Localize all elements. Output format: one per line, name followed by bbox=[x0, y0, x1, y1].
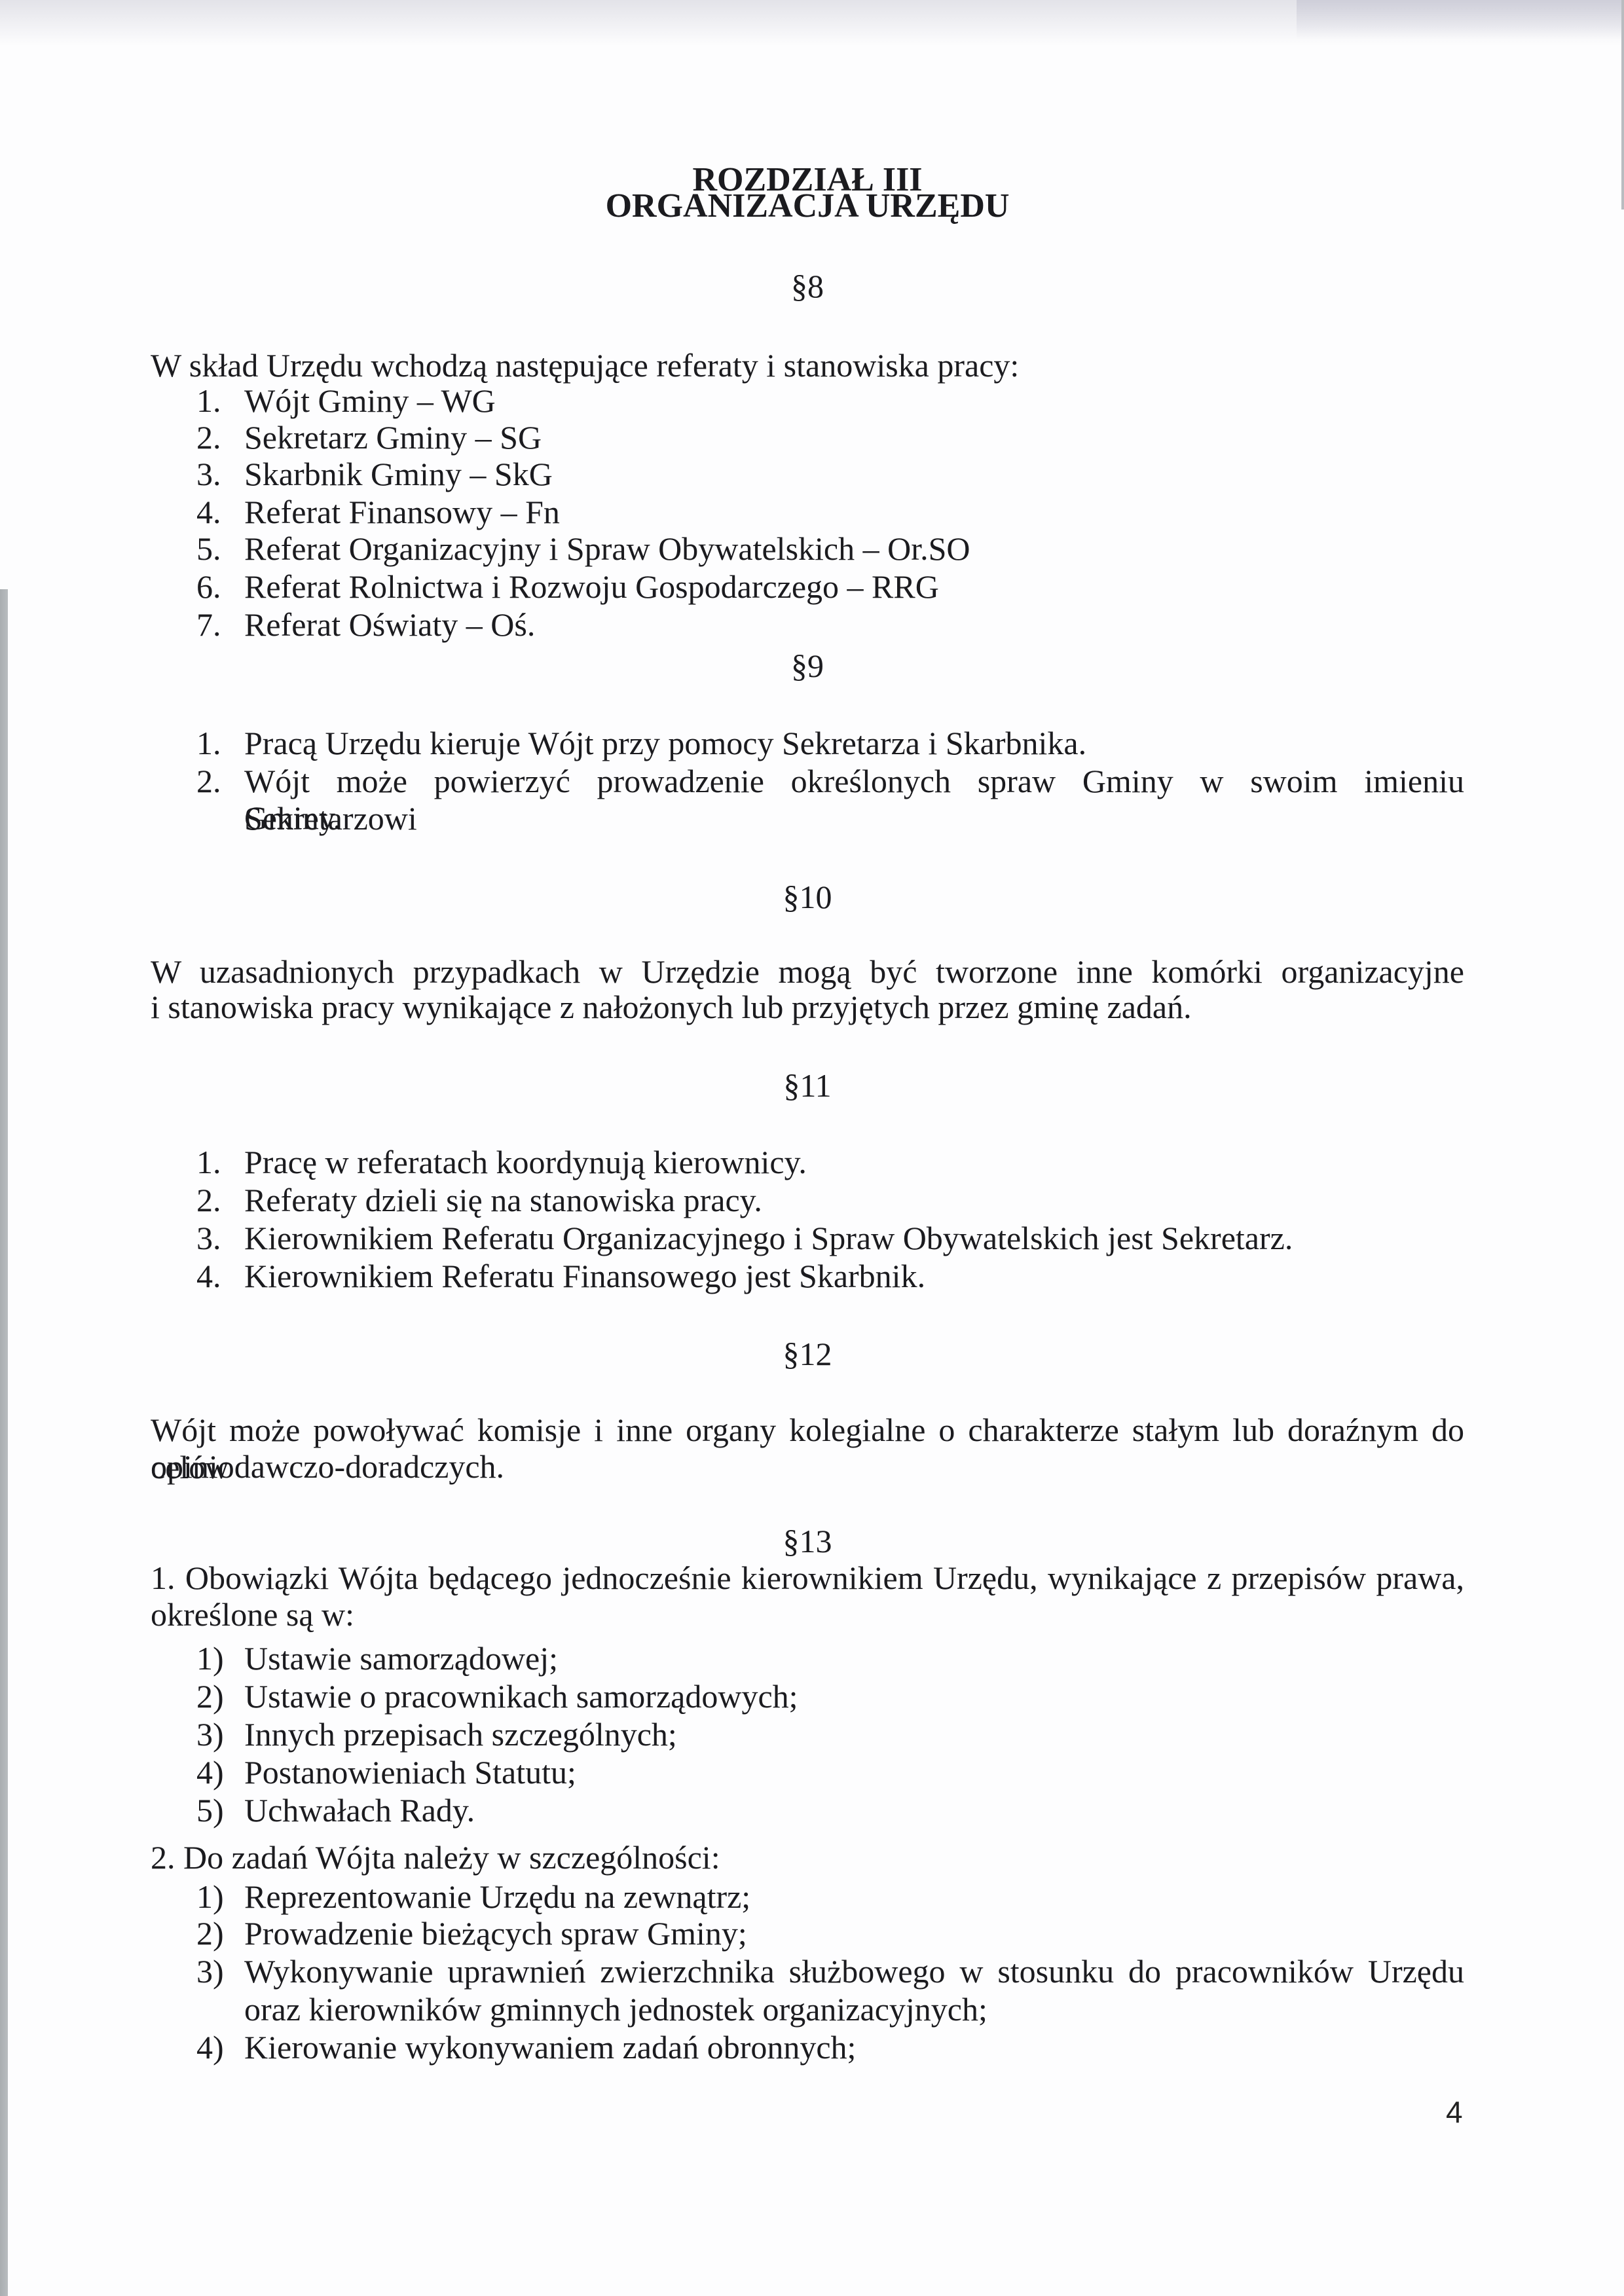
chapter-title: ORGANIZACJA URZĘDU bbox=[151, 187, 1464, 225]
list-item: Kierownikiem Referatu Finansowego jest S… bbox=[244, 1258, 925, 1295]
list-item: Ustawie o pracownikach samorządowych; bbox=[244, 1678, 798, 1715]
list-item: Ustawie samorządowej; bbox=[244, 1640, 558, 1677]
list-item-number: 1. bbox=[196, 382, 221, 420]
section-10-paragraph: W uzasadnionych przypadkach w Urzędzie m… bbox=[151, 953, 1464, 991]
section-heading-11: §11 bbox=[151, 1067, 1464, 1104]
list-item-number: 2) bbox=[196, 1678, 224, 1715]
list-item-number: 2. bbox=[196, 419, 221, 456]
list-item-number: 2) bbox=[196, 1915, 224, 1952]
list-item: Kierownikiem Referatu Organizacyjnego i … bbox=[244, 1220, 1293, 1257]
list-item: Wójt Gminy – WG bbox=[244, 382, 496, 420]
list-item: Wykonywanie uprawnień zwierzchnika służb… bbox=[244, 1953, 1464, 1990]
list-item-number: 5) bbox=[196, 1792, 224, 1829]
section-13-point-1: 1. Obowiązki Wójta będącego jednocześnie… bbox=[151, 1559, 1464, 1597]
section-13-point-1-cont: określone są w: bbox=[151, 1596, 354, 1633]
list-item-number: 1) bbox=[196, 1640, 224, 1677]
list-item-number: 4) bbox=[196, 1754, 224, 1791]
list-item: Skarbnik Gminy – SkG bbox=[244, 456, 553, 493]
list-item-number: 7. bbox=[196, 606, 221, 644]
list-item: Uchwałach Rady. bbox=[244, 1792, 475, 1829]
list-item-number: 3) bbox=[196, 1716, 224, 1753]
section-heading-13: §13 bbox=[151, 1523, 1464, 1560]
list-item-number: 3. bbox=[196, 456, 221, 493]
section-heading-10: §10 bbox=[151, 879, 1464, 916]
list-item: Referaty dzieli się na stanowiska pracy. bbox=[244, 1182, 762, 1219]
list-item-continuation: oraz kierowników gminnych jednostek orga… bbox=[244, 1991, 987, 2028]
section-heading-12: §12 bbox=[151, 1336, 1464, 1373]
list-item-number: 4. bbox=[196, 494, 221, 531]
scan-edge-left bbox=[0, 589, 8, 2296]
list-item: Referat Organizacyjny i Spraw Obywatelsk… bbox=[244, 530, 970, 568]
list-item: Prowadzenie bieżących spraw Gminy; bbox=[244, 1915, 747, 1952]
list-item-number: 4) bbox=[196, 2029, 224, 2066]
page-number: 4 bbox=[1446, 2095, 1463, 2129]
section-heading-8: §8 bbox=[151, 268, 1464, 305]
list-item-number: 3. bbox=[196, 1220, 221, 1257]
scan-edge-right bbox=[1621, 0, 1624, 210]
list-item: Referat Oświaty – Oś. bbox=[244, 606, 535, 644]
list-item-continuation: Gminy. bbox=[244, 799, 341, 837]
list-item-number: 1. bbox=[196, 1144, 221, 1181]
list-item: Reprezentowanie Urzędu na zewnątrz; bbox=[244, 1878, 750, 1916]
list-item: Postanowieniach Statutu; bbox=[244, 1754, 576, 1791]
scan-shadow-top-right bbox=[1297, 0, 1624, 39]
list-item-number: 4. bbox=[196, 1258, 221, 1295]
list-item-number: 5. bbox=[196, 530, 221, 568]
list-item: Pracę w referatach koordynują kierownicy… bbox=[244, 1144, 807, 1181]
list-item-number: 1. bbox=[196, 725, 221, 762]
list-item-number: 3) bbox=[196, 1953, 224, 1990]
list-item: Referat Rolnictwa i Rozwoju Gospodarczeg… bbox=[244, 568, 939, 606]
list-item-number: 6. bbox=[196, 568, 221, 606]
list-item-number: 2. bbox=[196, 763, 221, 800]
section-13-point-2: 2. Do zadań Wójta należy w szczególności… bbox=[151, 1839, 720, 1876]
section-heading-9: §9 bbox=[151, 647, 1464, 685]
section-8-intro: W skład Urzędu wchodzą następujące refer… bbox=[151, 347, 1019, 384]
section-10-paragraph-cont: i stanowiska pracy wynikające z nałożony… bbox=[151, 989, 1192, 1026]
list-item: Pracą Urzędu kieruje Wójt przy pomocy Se… bbox=[244, 725, 1086, 762]
list-item-number: 2. bbox=[196, 1182, 221, 1219]
list-item: Wójt może powierzyć prowadzenie określon… bbox=[244, 763, 1464, 837]
list-item: Innych przepisach szczególnych; bbox=[244, 1716, 677, 1753]
list-item: Referat Finansowy – Fn bbox=[244, 494, 560, 531]
list-item: Sekretarz Gminy – SG bbox=[244, 419, 542, 456]
section-12-paragraph-cont: opiniodawczo-doradczych. bbox=[151, 1448, 504, 1485]
list-item: Kierowanie wykonywaniem zadań obronnych; bbox=[244, 2029, 856, 2066]
list-item-number: 1) bbox=[196, 1878, 224, 1916]
